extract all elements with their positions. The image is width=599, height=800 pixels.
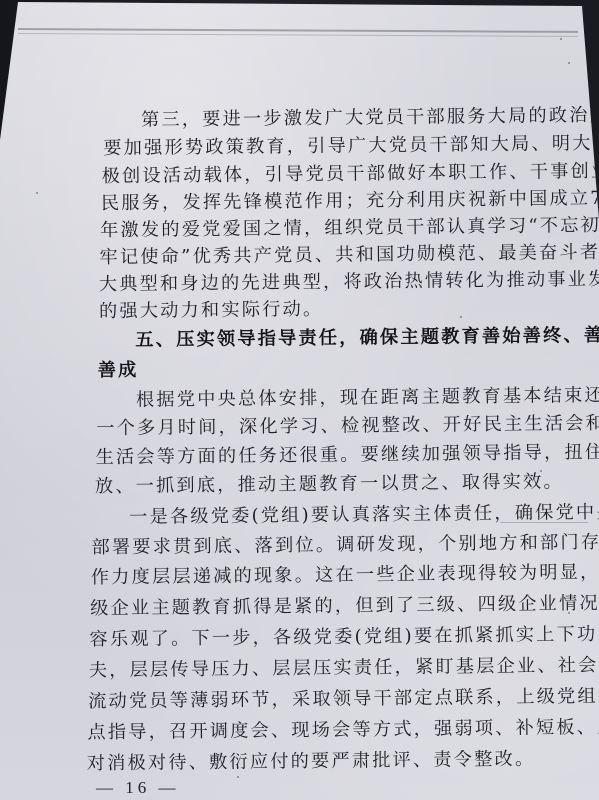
text-line: 放、一抓到底，推动主题教育一以贯之、取得实效。 (95, 473, 564, 496)
section-heading: 善成 (98, 362, 139, 381)
text-line: 根据党中央总体安排，现在距离主题教育基本结束还有 (136, 387, 599, 410)
text-line: 第三，要进一步激发广大党员干部服务大局的政治热情。 (141, 106, 599, 130)
text-line: 极创设活动载体，引导党员干部做好本职工作、干事创业、为 (102, 162, 599, 186)
page-number: — 16 — (96, 778, 180, 798)
text-line: 大典型和身边的先进典型，将政治热情转化为推动事业发展 (99, 271, 599, 295)
text-line: 民服务，发挥先锋模范作用；充分利用庆祝新中国成立70周 (101, 189, 599, 213)
text-line: 级企业主题教育抓得是紧的，但到了三级、四级企业情况就不 (90, 594, 599, 618)
text-line: 容乐观了。下一步，各级党委(党组)要在抓紧抓实上下功 (89, 626, 597, 650)
text-line: 对消极对待、敷衍应付的要严肃批评、责令整改。 (87, 751, 536, 774)
document-body: 第三，要进一步激发广大党员干部服务大局的政治热情。 要加强形势政策教育，引导广大… (0, 0, 599, 800)
text-line: 牢记使命”优秀共产党员、共和国功勋模范、最美奋斗者等重 (99, 243, 599, 267)
text-line: 要加强形势政策教育，引导广大党员干部知大局、明大势；积 (103, 134, 599, 158)
text-line: 部署要求贯到底、落到位。调研发现，个别地方和部门存在工 (91, 533, 599, 557)
text-line: 夫，层层传导压力、层层压实责任，紧盯基层企业、社会组织、 (89, 656, 599, 680)
text-line: 年激发的爱党爱国之情，组织党员干部认真学习“不忘初心、 (100, 216, 599, 240)
text-line: 流动党员等薄弱环节，采取领导干部定点联系，上级党组织驻 (88, 687, 599, 711)
section-heading: 五、压实领导指导责任，确保主题教育善始善终、善作 (135, 327, 599, 350)
text-line: 一是各级党委(党组)要认真落实主体责任，确保党中央 (129, 504, 599, 527)
text-line: 一个多月时间，深化学习、检视整改、开好民主生活会和组织 (96, 414, 599, 438)
text-line: 作力度层层递减的现象。这在一些企业表现得较为明显，二 (91, 564, 599, 588)
text-line: 点指导，召开调度会、现场会等方式，强弱项、补短板、上水平； (87, 718, 599, 742)
text-line: 生活会等方面的任务还很重。要继续加强领导指导，扭住不 (96, 444, 599, 468)
paper-sheet: 第三，要进一步激发广大党员干部服务大局的政治热情。 要加强形势政策教育，引导广大… (0, 0, 599, 800)
text-line: 的强大动力和实际行动。 (99, 301, 323, 322)
